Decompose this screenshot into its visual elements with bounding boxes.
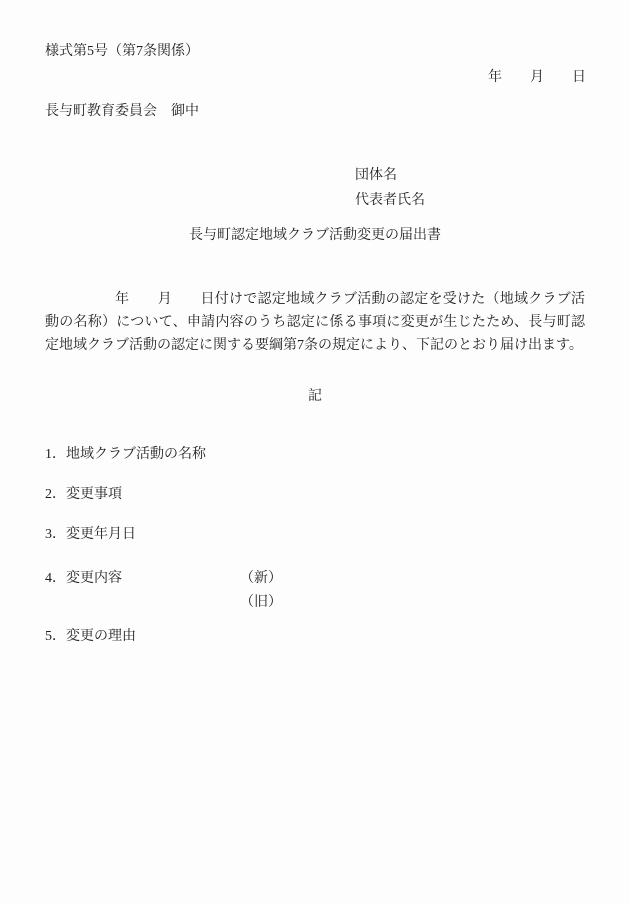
organization-name-label: 団体名: [355, 168, 397, 184]
record-marker: 記: [0, 389, 630, 405]
form-number: 様式第5号（第7条関係）: [45, 44, 199, 60]
document-page: 様式第5号（第7条関係） 年 月 日 長与町教育委員会 御中 団体名 代表者氏名…: [0, 0, 630, 903]
addressee: 長与町教育委員会 御中: [45, 104, 199, 120]
list-item-activity-name: 1．地域クラブ活動の名称: [45, 447, 206, 463]
representative-name-label: 代表者氏名: [355, 193, 425, 209]
body-paragraph: 年 月 日付けで認定地域クラブ活動の認定を受けた（地域クラブ活動の名称）について…: [45, 288, 585, 357]
change-content-old-label: （旧）: [240, 595, 282, 611]
list-item-change-content: 4．変更内容: [45, 571, 122, 587]
change-content-new-label: （新）: [240, 571, 282, 587]
list-item-change-reason: 5．変更の理由: [45, 629, 136, 645]
date-blank-line: 年 月 日: [488, 70, 586, 86]
list-item-change-matter: 2．変更事項: [45, 487, 122, 503]
page-title: 長与町認定地域クラブ活動変更の届出書: [0, 228, 630, 244]
list-item-change-date: 3．変更年月日: [45, 527, 136, 543]
